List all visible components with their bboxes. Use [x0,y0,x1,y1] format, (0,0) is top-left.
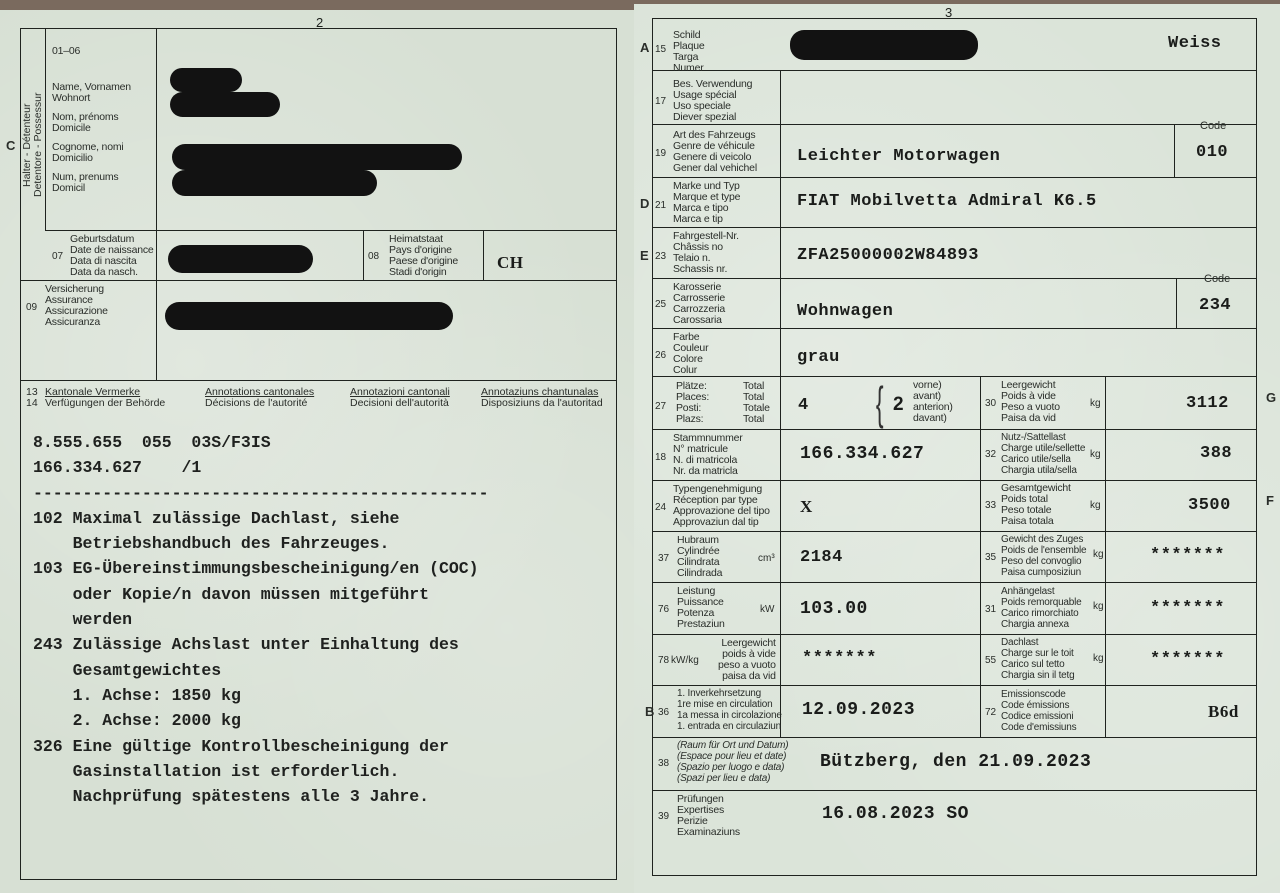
field-26-labels: FarbeCouleurColoreColur [673,332,708,376]
divider [1176,278,1177,328]
field-01-06-number: 01–06 [52,46,80,57]
field-24-labels: TypengenehmigungRéception par typeApprov… [673,484,770,528]
payload-value: 388 [1200,444,1232,463]
divider [652,429,1257,430]
trailer-load-value: ******* [1150,599,1225,618]
field-37-unit: cm³ [758,553,775,564]
field-32-unit: kg [1090,449,1101,460]
field-25-labels: KarosserieCarrosserieCarrozzeriaCarossar… [673,282,725,326]
chassis-number-value: ZFA25000002W84893 [797,246,979,265]
divider [483,230,484,280]
divider [45,230,617,231]
field-31-number: 31 [985,604,996,615]
divider [45,28,46,230]
field-33-labels: GesamtgewichtPoids totalPeso totalePaisa… [1001,483,1071,527]
holder-vertical-label: Halter - Détenteur Detentore - Possessur [22,80,44,210]
field-76-labels: LeistungPuissancePotenzaPrestaziun [677,586,725,630]
field-35-labels: Gewicht des ZugesPoids de l'ensemblePeso… [1001,534,1086,578]
redacted-insurance [165,302,453,330]
marker-d: D [640,196,649,211]
field-37-number: 37 [658,553,669,564]
field-18-number: 18 [655,452,666,463]
divider [652,480,1257,481]
divider [156,28,157,380]
field-17-number: 17 [655,96,666,107]
vehicle-kind-value: Leichter Motorwagen [797,147,1000,166]
matriculation-number-value: 166.334.627 [800,444,924,464]
section-marker-c: C [6,138,15,153]
redacted-name [170,92,280,117]
field-31-unit: kg [1093,601,1104,612]
field-21-labels: Marke und TypMarque et typeMarca e tipoM… [673,181,740,225]
field-33-unit: kg [1090,500,1101,511]
place-date-value: Bützberg, den 21.09.2023 [820,752,1091,772]
make-type-value: FIAT Mobilvetta Admiral K6.5 [797,192,1097,211]
authority-notes: 8.555.655 055 03S/F3IS 166.334.627 /1 --… [33,430,488,809]
field-26-number: 26 [655,350,666,361]
field-19-labels: Art des FahrzeugsGenre de véhiculeGenere… [673,130,757,174]
divider [652,70,1257,71]
field-24-number: 24 [655,502,666,513]
body-type-code: 234 [1199,296,1231,315]
divider [20,380,617,381]
annotations-col-it: Annotazioni cantonaliDecisioni dell'auto… [350,387,450,409]
field-15-number: 15 [655,44,666,55]
field-08-labels: HeimatstaatPays d'originePaese d'origine… [389,234,458,278]
redacted-name [170,68,242,92]
annotations-numbers: 1314 [26,387,38,409]
redacted-address [172,144,462,170]
field-23-number: 23 [655,251,666,262]
field-25-number: 25 [655,299,666,310]
divider [980,376,981,737]
field-76-unit: kW [760,604,774,615]
field-39-labels: PrüfungenExpertisesPerizieExaminaziuns [677,794,740,838]
field-78-unit: kW/kg [671,655,699,666]
field-78-labels: Leergewichtpoids à videpeso a vuotopaisa… [718,638,776,682]
field-38-labels: (Raum für Ort und Datum)(Espace pour lie… [677,740,788,784]
marker-e: E [640,248,649,263]
divider [652,685,1257,686]
field-31-labels: AnhängelastPoids remorquableCarico rimor… [1001,586,1082,630]
field-18-labels: StammnummerN° matriculeN. di matricolaNr… [673,433,743,477]
field-36-number: 36 [658,707,669,718]
field-35-number: 35 [985,552,996,563]
divider [652,328,1257,329]
divider [1105,376,1106,737]
field-21-number: 21 [655,200,666,211]
field-39-number: 39 [658,811,669,822]
train-weight-value: ******* [1150,546,1225,565]
body-type-value: Wohnwagen [797,302,893,321]
field-17-labels: Bes. VerwendungUsage spécialUso speciale… [673,79,752,123]
inspection-value: 16.08.2023 SO [822,804,969,824]
field-36-labels: 1. Inverkehrsetzung1re mise en circulati… [677,688,782,732]
field-55-labels: DachlastCharge sur le toitCarico sul tet… [1001,637,1074,681]
divider [652,737,1257,738]
field-15-labels: SchildPlaqueTargaNumer [673,30,705,74]
marker-b: B [645,704,654,719]
field-19-number: 19 [655,148,666,159]
roof-load-value: ******* [1150,650,1225,669]
divider [652,582,1257,583]
field-27-number: 27 [655,401,666,412]
divider [652,531,1257,532]
divider [652,177,1257,178]
field-55-unit: kg [1093,653,1104,664]
field-27-labels: Plätze:Places:Posti:Plazs: [676,381,709,425]
code-label: Code [1200,120,1226,132]
annotations-col-de: Kantonale VermerkeVerfügungen der Behörd… [45,387,165,409]
field-09-labels: VersicherungAssuranceAssicurazioneAssicu… [45,284,108,328]
seats-total-value: 4 [798,396,809,415]
marker-g: G [1266,390,1276,405]
marker-a: A [640,40,649,55]
field-32-labels: Nutz-/SattellastCharge utile/selletteCar… [1001,432,1085,476]
divider [652,376,1257,377]
seats-front-labels: vorne)avant)anterion)davant) [913,380,953,424]
field-01-06-labels: Name, VornamenWohnort Nom, prénomsDomici… [52,82,131,194]
divider [363,230,364,280]
first-registration-value: 12.09.2023 [802,700,915,720]
divider [652,227,1257,228]
displacement-value: 2184 [800,548,843,567]
power-weight-value: ******* [802,649,877,668]
field-35-unit: kg [1093,549,1104,560]
emission-code-value: B6d [1208,702,1239,722]
field-78-number: 78 [658,655,669,666]
redacted-plate-number [790,30,978,60]
divider [652,278,1257,279]
redacted-address [172,170,377,196]
redacted-birthdate [168,245,313,273]
field-72-number: 72 [985,707,996,718]
power-value: 103.00 [800,599,868,619]
field-76-number: 76 [658,604,669,615]
marker-f: F [1266,493,1274,508]
total-weight-value: 3500 [1188,496,1231,515]
annotations-col-rm: Annotaziuns chantunalasDisposiziuns da l… [481,387,603,409]
field-37-labels: HubraumCylindréeCilindrataCilindrada [677,535,722,579]
plate-color: Weiss [1168,34,1222,53]
divider [652,124,1257,125]
field-07-number: 07 [52,251,63,262]
field-07-labels: GeburtsdatumDate de naissanceData di nas… [70,234,154,278]
field-23-labels: Fahrgestell-Nr.Châssis noTelaio n.Schass… [673,231,739,275]
field-33-number: 33 [985,500,996,511]
divider [652,634,1257,635]
code-label: Code [1204,273,1230,285]
empty-weight-value: 3112 [1186,394,1229,413]
field-30-labels: LeergewichtPoids à videPeso a vuotoPaisa… [1001,380,1060,424]
field-32-number: 32 [985,449,996,460]
seats-front-value: 2 [893,394,904,416]
divider [652,790,1257,791]
vehicle-kind-code: 010 [1196,143,1228,162]
divider [780,70,781,737]
field-72-labels: EmissionscodeCode émissionsCodice emissi… [1001,689,1076,733]
brace-icon: { [876,380,884,426]
field-30-unit: kg [1090,398,1101,409]
color-value: grau [797,348,840,367]
annotations-col-fr: Annotations cantonalesDécisions de l'aut… [205,387,314,409]
field-08-number: 08 [368,251,379,262]
field-27-total-labels: TotalTotalTotaleTotal [743,381,770,425]
field-55-number: 55 [985,655,996,666]
type-approval-value: X [800,497,813,517]
field-08-value: CH [497,253,524,273]
field-30-number: 30 [985,398,996,409]
divider [20,280,617,281]
field-38-number: 38 [658,758,669,769]
field-09-number: 09 [26,302,37,313]
divider [1174,124,1175,177]
